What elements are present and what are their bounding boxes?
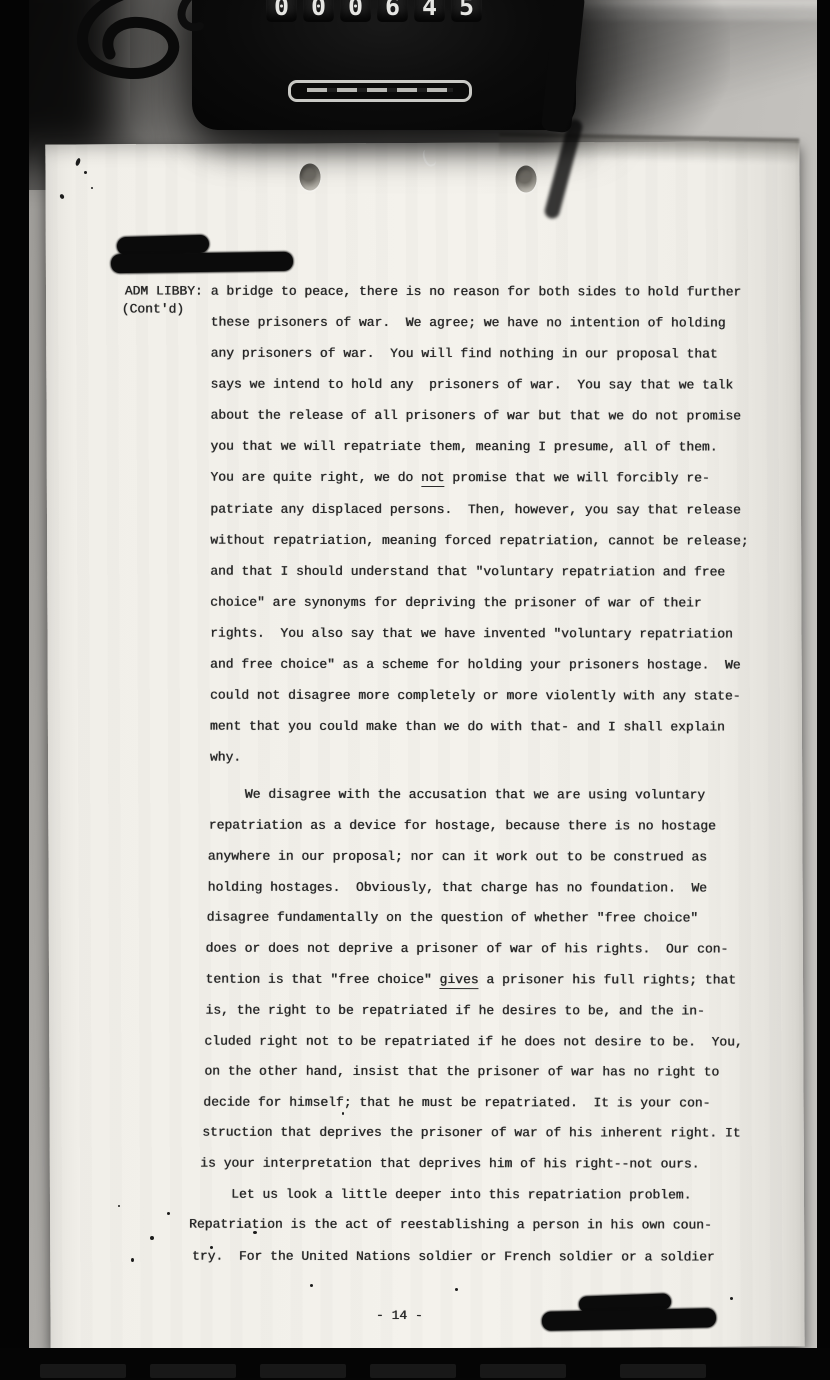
text-segment: and free choice" as a scheme for holding… xyxy=(210,657,741,673)
text-segment: repatriation as a device for hostage, be… xyxy=(209,818,716,834)
typed-line: repatriation as a device for hostage, be… xyxy=(209,819,716,834)
text-segment: these prisoners of war. We agree; we hav… xyxy=(211,315,726,331)
typed-line: Repatriation is the act of reestablishin… xyxy=(189,1218,712,1233)
text-segment: try. For the United Nations soldier or F… xyxy=(192,1249,715,1265)
counter-slot xyxy=(288,80,472,102)
page-number: - 14 - xyxy=(376,1309,423,1323)
typed-line: You are quite right, we do not promise t… xyxy=(210,471,709,486)
dust-speck xyxy=(455,1288,458,1291)
counter-slot-bar xyxy=(307,88,453,92)
text-segment: on the other hand, insist that the priso… xyxy=(204,1064,719,1080)
typed-line: patriate any displaced persons. Then, ho… xyxy=(210,503,741,518)
typed-line: you that we will repatriate them, meanin… xyxy=(210,440,717,455)
dust-speck xyxy=(210,1246,213,1249)
typed-line: tention is that "free choice" gives a pr… xyxy=(205,973,736,988)
text-segment: and that I should understand that "volun… xyxy=(210,564,725,580)
counter-digit: 0 xyxy=(303,0,334,22)
text-segment: you that we will repatriate them, meanin… xyxy=(210,439,717,455)
text-segment: Let us look a little deeper into this re… xyxy=(231,1187,691,1203)
typed-line: without repatriation, meaning forced rep… xyxy=(210,534,748,549)
typed-line: anywhere in our proposal; nor can it wor… xyxy=(208,850,707,865)
typed-line: Let us look a little deeper into this re… xyxy=(231,1188,691,1203)
text-segment: is your interpretation that deprives him… xyxy=(200,1156,699,1172)
typed-line: why. xyxy=(210,751,241,765)
text-segment: decide for himself; that he must be repa… xyxy=(203,1095,710,1111)
underlined-word: gives xyxy=(440,972,479,989)
text-segment: could not disagree more completely or mo… xyxy=(210,688,741,704)
underlined-word: not xyxy=(421,470,444,487)
typewritten-text: ADM LIBBY: (Cont'd) - 14 - a bridge to p… xyxy=(0,0,830,1380)
dust-speck xyxy=(118,1205,120,1207)
text-segment: choice" are synonyms for depriving the p… xyxy=(210,595,702,611)
text-segment: why. xyxy=(210,750,241,765)
counter-digit: 0 xyxy=(340,0,371,22)
text-segment: You are quite right, we do xyxy=(210,470,421,485)
text-segment: cluded right not to be repatriated if he… xyxy=(204,1034,742,1050)
dust-speck xyxy=(131,1258,134,1262)
film-edge-bottom xyxy=(0,1348,830,1380)
text-segment: struction that deprives the prisoner of … xyxy=(202,1125,740,1141)
counter-digit: 5 xyxy=(451,0,482,22)
typed-line: is your interpretation that deprives him… xyxy=(200,1157,699,1172)
text-segment: holding hostages. Obviously, that charge… xyxy=(208,880,707,896)
typed-line: choice" are synonyms for depriving the p… xyxy=(210,596,702,611)
counter-digit: 4 xyxy=(414,0,445,22)
typed-line: and free choice" as a scheme for holding… xyxy=(210,658,741,673)
typed-line: is, the right to be repatriated if he de… xyxy=(205,1004,704,1019)
film-artifact xyxy=(260,1364,346,1378)
scanned-microfilm-frame: ADM LIBBY: (Cont'd) - 14 - a bridge to p… xyxy=(0,0,830,1380)
counter-cable xyxy=(52,0,242,112)
text-segment: anywhere in our proposal; nor can it wor… xyxy=(208,849,707,865)
dust-speck xyxy=(310,1284,313,1287)
typed-line: says we intend to hold any prisoners of … xyxy=(211,378,734,393)
speaker-label: ADM LIBBY: xyxy=(125,284,203,298)
typed-line: any prisoners of war. You will find noth… xyxy=(211,347,718,362)
typed-line: on the other hand, insist that the priso… xyxy=(204,1065,719,1080)
typed-line: We disagree with the accusation that we … xyxy=(245,788,705,803)
text-segment: ment that you could make than we do with… xyxy=(210,719,725,735)
film-artifact xyxy=(40,1364,126,1378)
text-segment: says we intend to hold any prisoners of … xyxy=(211,377,734,393)
typed-line: holding hostages. Obviously, that charge… xyxy=(208,881,707,896)
speaker-continued-label: (Cont'd) xyxy=(122,302,184,316)
text-segment: tention is that "free choice" xyxy=(205,972,439,987)
dust-speck xyxy=(84,171,87,174)
typed-line: decide for himself; that he must be repa… xyxy=(203,1096,710,1111)
film-artifact xyxy=(370,1364,456,1378)
typed-line: about the release of all prisoners of wa… xyxy=(210,409,741,424)
counter-digit: 6 xyxy=(377,0,408,22)
typed-line: disagree fundamentally on the question o… xyxy=(207,911,699,926)
counter-digit-row: 000645 xyxy=(266,0,482,22)
film-edge-right xyxy=(817,0,830,1380)
film-artifact xyxy=(480,1364,566,1378)
text-segment: is, the right to be repatriated if he de… xyxy=(205,1003,704,1019)
typed-line: could not disagree more completely or mo… xyxy=(210,689,741,704)
typed-line: and that I should understand that "volun… xyxy=(210,565,725,580)
text-segment: a prisoner his full rights; that xyxy=(479,972,736,987)
film-frame-counter: 000645 xyxy=(192,0,576,130)
text-segment: without repatriation, meaning forced rep… xyxy=(210,533,748,549)
typed-line: does or does not deprive a prisoner of w… xyxy=(206,942,729,957)
dust-speck xyxy=(167,1212,170,1215)
film-artifact xyxy=(150,1364,236,1378)
dust-speck xyxy=(253,1231,257,1234)
dust-speck xyxy=(150,1236,154,1240)
typed-line: struction that deprives the prisoner of … xyxy=(202,1126,740,1141)
typed-line: try. For the United Nations soldier or F… xyxy=(192,1250,715,1265)
dust-speck xyxy=(91,187,93,189)
text-segment: a bridge to peace, there is no reason fo… xyxy=(211,284,742,300)
counter-digit: 0 xyxy=(266,0,297,22)
text-segment: disagree fundamentally on the question o… xyxy=(207,910,699,926)
text-segment: Repatriation is the act of reestablishin… xyxy=(189,1217,712,1233)
text-segment: about the release of all prisoners of wa… xyxy=(210,408,741,424)
typed-line: a bridge to peace, there is no reason fo… xyxy=(211,285,742,300)
dust-speck xyxy=(730,1297,733,1300)
text-segment: rights. You also say that we have invent… xyxy=(210,626,733,642)
text-segment: patriate any displaced persons. Then, ho… xyxy=(210,502,741,518)
typed-line: ment that you could make than we do with… xyxy=(210,720,725,735)
text-segment: any prisoners of war. You will find noth… xyxy=(211,346,718,362)
typed-line: these prisoners of war. We agree; we hav… xyxy=(211,316,726,331)
text-segment: We disagree with the accusation that we … xyxy=(245,787,705,803)
typed-line: rights. You also say that we have invent… xyxy=(210,627,733,642)
film-artifact xyxy=(620,1364,706,1378)
film-edge-left xyxy=(0,0,29,1380)
text-segment: promise that we will forcibly re- xyxy=(444,470,709,485)
text-segment: does or does not deprive a prisoner of w… xyxy=(206,941,729,957)
dust-speck xyxy=(342,1112,344,1115)
typed-line: cluded right not to be repatriated if he… xyxy=(204,1035,742,1050)
